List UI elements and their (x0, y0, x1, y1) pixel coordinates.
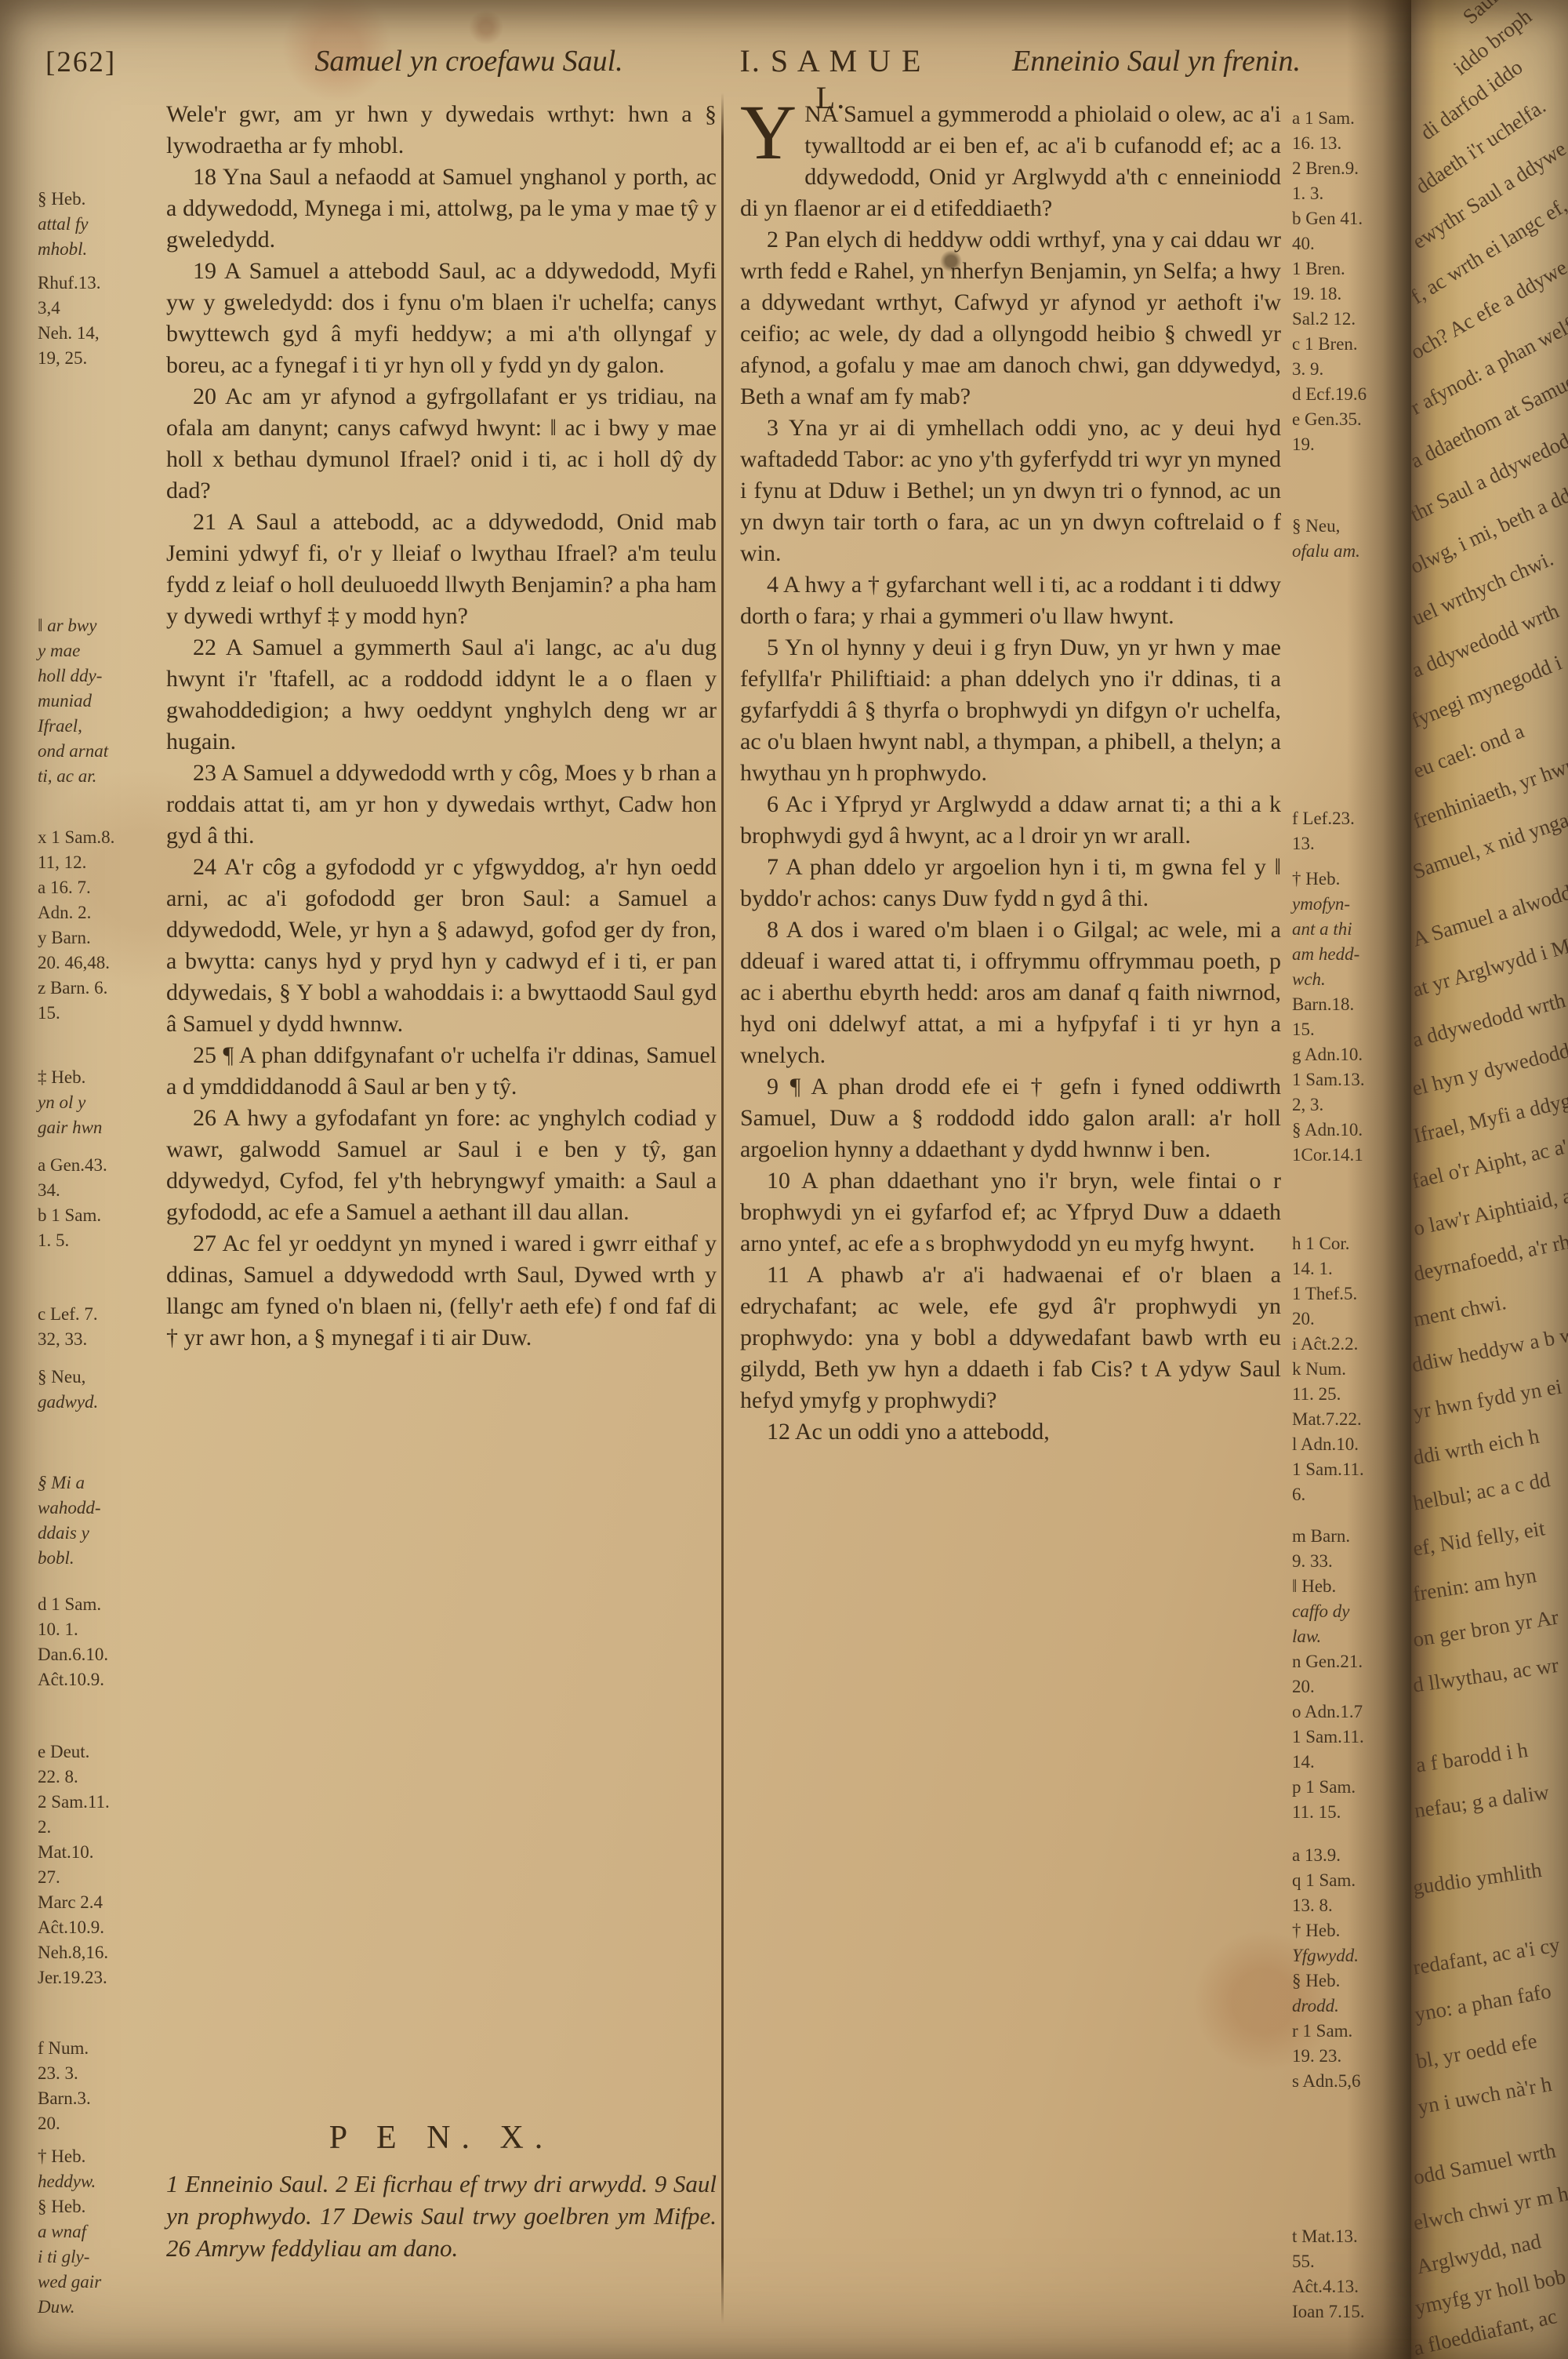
margin-note-line: § Neu, (38, 1365, 163, 1390)
margin-note-line: bobl. (38, 1546, 163, 1571)
verse-paragraph: 21 A Saul a attebodd, ac a ddywedodd, On… (166, 507, 717, 632)
margin-note-line: gadwyd. (38, 1390, 163, 1415)
margin-note-line: f Num. (38, 2036, 163, 2061)
edge-text-fragment: guddio ymhlith (1411, 1858, 1543, 1900)
verse-paragraph: 12 Ac un oddi yno a attebodd, (740, 1416, 1281, 1448)
margin-note-line: § Mi a (38, 1470, 163, 1496)
edge-text-fragment: yno: a phan fafo (1413, 1979, 1553, 2026)
verse-paragraph: 11 A phawb a'r a'i hadwaenai ef o'r blae… (740, 1259, 1281, 1416)
verse-paragraph: 18 Yna Saul a nefaodd at Samuel ynghanol… (166, 162, 717, 256)
margin-note-block: e Deut.22. 8.2 Sam.11.2.Mat.10.27.Marc 2… (38, 1739, 163, 1990)
verse-paragraph: 7 A phan ddelo yr argoelion hyn i ti, m … (740, 852, 1281, 914)
verse-paragraph: 22 A Samuel a gymmerth Saul a'i langc, a… (166, 632, 717, 758)
verse-paragraph: 23 A Samuel a ddywedodd wrth y côg, Moes… (166, 758, 717, 852)
verse-paragraph: 19 A Samuel a attebodd Saul, ac a ddywed… (166, 256, 717, 381)
verse-opening-text: NA Samuel a gymmerodd a phiolaid o olew,… (740, 101, 1281, 221)
margin-note-line: wed gair (38, 2270, 163, 2295)
edge-text-fragment: on ger bron yr Ar (1411, 1605, 1560, 1652)
margin-note-line: Neh. 14, (38, 321, 163, 346)
margin-note-block: d 1 Sam.10. 1.Dan.6.10.Aĉt.10.9. (38, 1592, 163, 1692)
margin-note-line: i ti gly- (38, 2245, 163, 2270)
running-head-left: Samuel yn croefawu Saul. (210, 44, 728, 78)
verse-paragraph: 24 A'r côg a gyfododd yr c yfgwyddog, a'… (166, 852, 717, 1040)
verse-paragraph: 5 Yn ol hynny y deui i g fryn Duw, yn yr… (740, 632, 1281, 789)
margin-note-block: Rhuf.13.3,4Neh. 14,19, 25. (38, 271, 163, 371)
margin-note-line: Rhuf.13. (38, 271, 163, 296)
margin-note-line: 1. 5. (38, 1228, 163, 1253)
edge-text-fragment: elwch chwi yr m hw (1411, 2179, 1568, 2235)
margin-note-line: gair hwn (38, 1115, 163, 1140)
edge-text-fragment: yn i uwch nà'r h (1416, 2072, 1554, 2120)
edge-text-fragment: d llwythau, ac wr (1411, 1653, 1560, 1698)
margin-note-line: † Heb. (38, 2144, 163, 2169)
margin-note-line: Mat.10. (38, 1840, 163, 1865)
margin-note-block: † Heb.heddyw.§ Heb.a wnafi ti gly-wed ga… (38, 2144, 163, 2320)
verse-paragraph: 9 ¶ A phan drodd efe ei † gefn i fyned o… (740, 1071, 1281, 1165)
margin-note-line: muniad (38, 689, 163, 714)
margin-note-line: Aĉt.10.9. (38, 1915, 163, 1940)
margin-note-block: ‡ Heb.yn ol ygair hwn (38, 1065, 163, 1140)
margin-note-line: § Heb. (38, 2194, 163, 2219)
margin-note-line: z Barn. 6. (38, 976, 163, 1001)
left-column-body: Wele'r gwr, am yr hwn y dywedais wrthyt:… (166, 99, 717, 2114)
edge-text-fragment: helbul; ac a c dd (1411, 1467, 1552, 1515)
drop-cap: Y (740, 99, 804, 163)
margin-note-line: § Heb. (38, 187, 163, 212)
right-column-verses: 2 Pan elych di heddyw oddi wrthyf, yna y… (740, 224, 1281, 1448)
margin-note-line: Jer.19.23. (38, 1965, 163, 1990)
margin-note-block: c Lef. 7.32, 33. (38, 1302, 163, 1352)
verse-paragraph: 26 A hwy a gyfodafant yn fore: ac ynghyl… (166, 1103, 717, 1228)
verse-paragraph: 10 A phan ddaethant yno i'r bryn, wele f… (740, 1165, 1281, 1259)
margin-note-line: Duw. (38, 2295, 163, 2320)
verse-paragraph: 2 Pan elych di heddyw oddi wrthyf, yna y… (740, 224, 1281, 413)
verse-paragraph: 4 A hwy a † gyfarchant well i ti, ac a r… (740, 569, 1281, 632)
verse-paragraph: 20 Ac am yr afynod a gyfrgollafant er ys… (166, 381, 717, 507)
margin-note-block: f Num.23. 3.Barn.3.20. (38, 2036, 163, 2136)
margin-note-block: x 1 Sam.8.11, 12.a 16. 7.Adn. 2.y Barn.2… (38, 825, 163, 1026)
margin-note-line: Aĉt.10.9. (38, 1667, 163, 1692)
margin-note-block: § Neu,gadwyd. (38, 1365, 163, 1415)
margin-note-line: a Gen.43. (38, 1153, 163, 1178)
margin-note-line: ti, ac ar. (38, 764, 163, 789)
verse-paragraph: 6 Ac i Yfpryd yr Arglwydd a ddaw arnat t… (740, 789, 1281, 852)
scanned-bible-page: [262] Samuel yn croefawu Saul. I. S A M … (0, 0, 1568, 2359)
margin-note-line: d 1 Sam. (38, 1592, 163, 1617)
margin-note-line: wahodd- (38, 1496, 163, 1521)
verse-paragraph: Wele'r gwr, am yr hwn y dywedais wrthyt:… (166, 99, 717, 162)
margin-note-line: Ifrael, (38, 714, 163, 739)
margin-note-line: Neh.8,16. (38, 1940, 163, 1965)
verse-paragraph: 3 Yna yr ai di ymhellach oddi yno, ac y … (740, 413, 1281, 569)
edge-text-fragment: redafant, ac a'i cy (1411, 1932, 1562, 1979)
edge-text-fragment: ef, Nid felly, eit (1411, 1516, 1547, 1561)
margin-note-line: c Lef. 7. (38, 1302, 163, 1327)
page-header: [262] Samuel yn croefawu Saul. I. S A M … (0, 41, 1388, 96)
margin-note-line: x 1 Sam.8. (38, 825, 163, 850)
edge-text-fragment: frenin: am hyn (1411, 1563, 1538, 1606)
verse-paragraph: 25 ¶ A phan ddifgynafant o'r uchelfa i'r… (166, 1040, 717, 1103)
margin-note-line: yn ol y (38, 1090, 163, 1115)
chapter-summary: 1 Enneinio Saul. 2 Ei ficrhau ef trwy dr… (166, 2168, 717, 2264)
column-divider-rule (721, 93, 724, 2324)
right-column-body: YNA Samuel a gymmerodd a phiolaid o olew… (740, 99, 1281, 2343)
verse-paragraph-opening: YNA Samuel a gymmerodd a phiolaid o olew… (740, 99, 1281, 224)
edge-text-fragment: nefau; g a daliw (1413, 1780, 1551, 1823)
margin-note-line: 11, 12. (38, 850, 163, 875)
edge-text-fragment: yr hwn fydd yn ei (1411, 1375, 1563, 1425)
margin-note-line: 15. (38, 1001, 163, 1026)
margin-note-line: 19, 25. (38, 346, 163, 371)
margin-note-line: 22. 8. (38, 1765, 163, 1790)
edge-text-fragment: odd Samuel wrth (1411, 2139, 1558, 2190)
left-margin-notes: § Heb.attal fymhobl.Rhuf.13.3,4Neh. 14,1… (38, 0, 163, 2359)
margin-note-line: Dan.6.10. (38, 1642, 163, 1667)
next-page-edge: Saul hefyiddo brophdi darfod iddoddaeth … (1411, 0, 1568, 2359)
edge-text-fragment: ment chwi. (1411, 1290, 1508, 1332)
margin-note-line: ddais y (38, 1521, 163, 1546)
margin-note-line: holl ddy- (38, 663, 163, 689)
edge-text-fragment: a f barodd i h (1414, 1738, 1530, 1778)
margin-note-line: 2 Sam.11. (38, 1790, 163, 1815)
margin-note-line: 2. (38, 1815, 163, 1840)
margin-note-line: 20. (38, 2111, 163, 2136)
margin-note-line: ‡ Heb. (38, 1065, 163, 1090)
margin-note-line: Barn.3. (38, 2086, 163, 2111)
chapter-x-block: P E N. X. 1 Enneinio Saul. 2 Ei ficrhau … (166, 2119, 717, 2264)
margin-note-line: 10. 1. (38, 1617, 163, 1642)
margin-note-block: § Mi awahodd-ddais ybobl. (38, 1470, 163, 1571)
edge-text-fragment: o law'r Aiphtiaid, ac (1411, 1182, 1568, 1241)
page-fold-shadow (1347, 0, 1411, 2359)
margin-note-line: Marc 2.4 (38, 1890, 163, 1915)
margin-note-line: 27. (38, 1865, 163, 1890)
edge-text-fragment: ddi wrth eich h (1411, 1424, 1541, 1470)
margin-note-line: 32, 33. (38, 1327, 163, 1352)
margin-note-block: § Heb.attal fymhobl. (38, 187, 163, 262)
margin-note-line: b 1 Sam. (38, 1203, 163, 1228)
margin-note-line: heddyw. (38, 2169, 163, 2194)
margin-note-line: attal fy (38, 212, 163, 237)
margin-note-line: y Barn. (38, 925, 163, 951)
verse-paragraph: 8 A dos i wared o'm blaen i o Gilgal; ac… (740, 914, 1281, 1071)
margin-note-block: ‖ ar bwyy maeholl ddy-muniadIfrael,ond a… (38, 613, 163, 789)
margin-note-line: mhobl. (38, 237, 163, 262)
margin-note-line: ‖ ar bwy (38, 613, 163, 638)
margin-note-line: 20. 46,48. (38, 951, 163, 976)
margin-note-line: a wnaf (38, 2219, 163, 2245)
margin-note-line: y mae (38, 638, 163, 663)
margin-note-line: e Deut. (38, 1739, 163, 1765)
margin-note-line: 34. (38, 1178, 163, 1203)
margin-note-line: Adn. 2. (38, 900, 163, 925)
margin-note-line: ond arnat (38, 739, 163, 764)
margin-note-line: a 16. 7. (38, 875, 163, 900)
margin-note-block: a Gen.43.34.b 1 Sam.1. 5. (38, 1153, 163, 1253)
edge-text-fragment: bl, yr oedd efe (1414, 2029, 1539, 2074)
chapter-heading: P E N. X. (166, 2119, 717, 2157)
verse-paragraph: 27 Ac fel yr oeddynt yn myned i wared i … (166, 1228, 717, 1354)
margin-note-line: 23. 3. (38, 2061, 163, 2086)
margin-note-line: 3,4 (38, 296, 163, 321)
